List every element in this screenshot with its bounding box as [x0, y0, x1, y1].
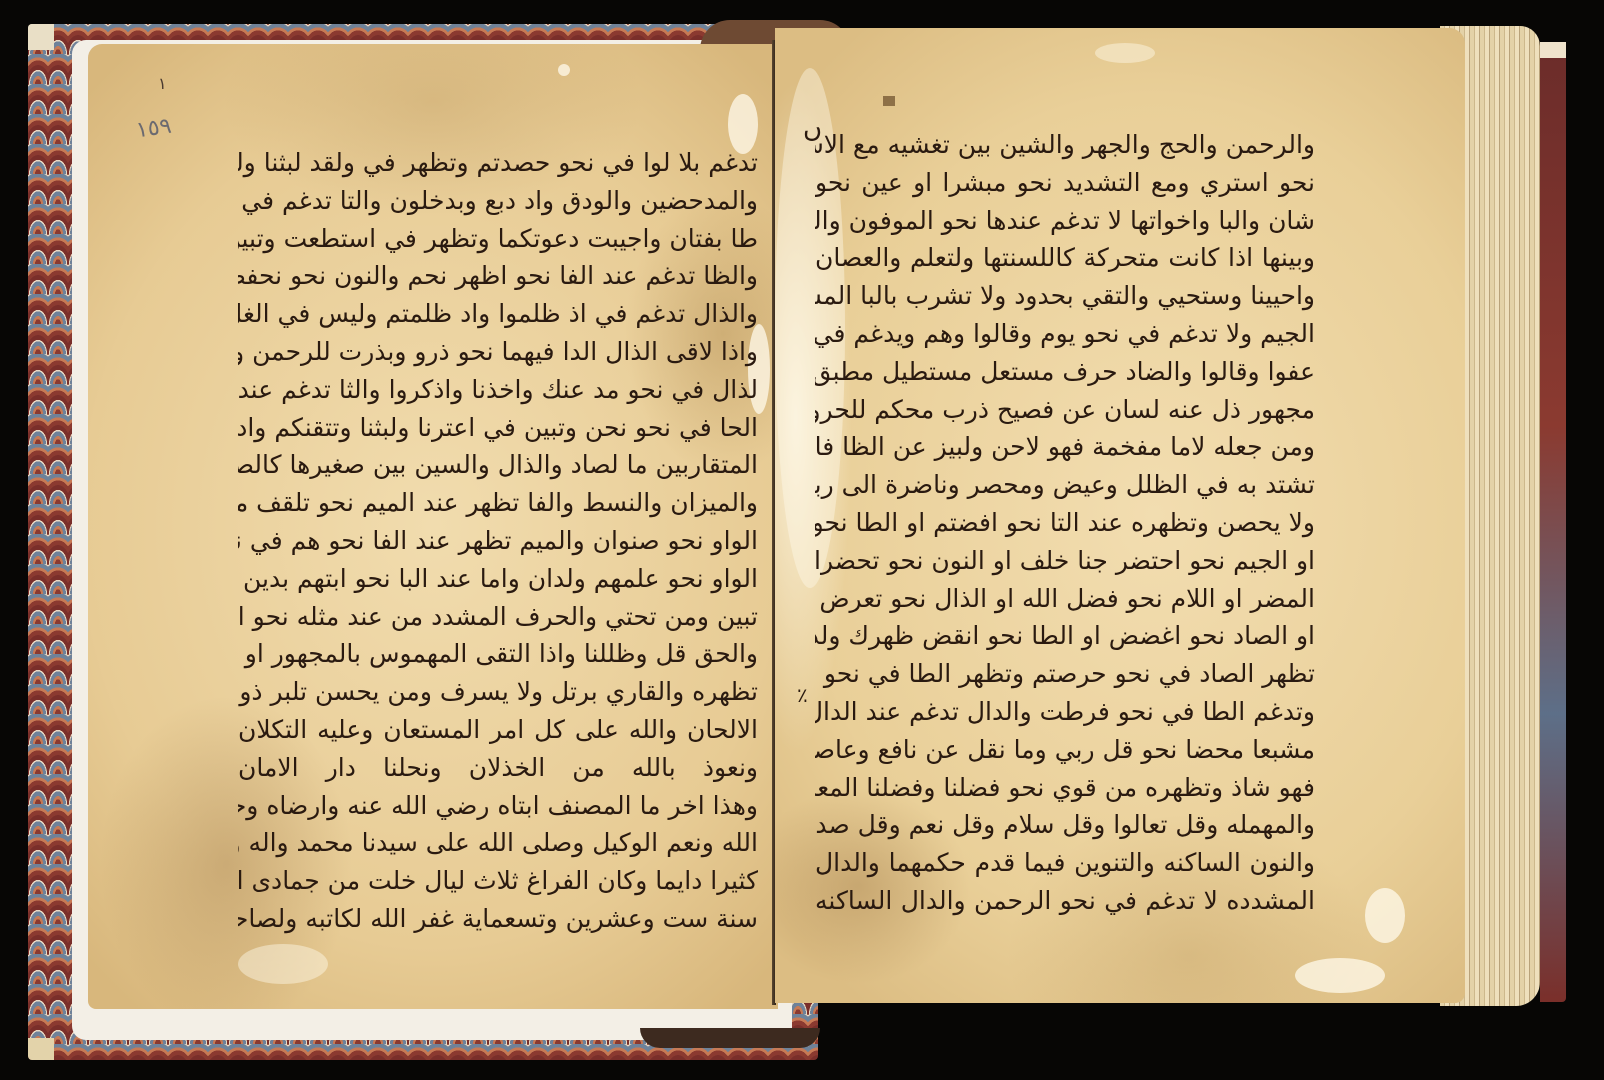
text-line: والحق قل وظللنا واذا التقى المهموس بالمج…	[238, 635, 758, 673]
text-line: الالحان والله على كل امر المستعان وعليه …	[238, 711, 758, 749]
cover-corner-bottom-left	[28, 1038, 54, 1060]
text-line: الجيم ولا تدغم في نحو يوم وقالوا وهم ويد…	[815, 315, 1315, 353]
text-line: كثيرا دايما وكان الفراغ ثلاث ليال خلت من…	[238, 862, 758, 900]
text-line: والظا تدغم عند الفا نحو اظهر نحم والنون …	[238, 257, 758, 295]
text-line: والمهمله وقل تعالوا وقل سلام وقل نعم وقل…	[815, 806, 1315, 844]
text-line: ولا يحصن وتظهره عند التا نحو افضتم او ال…	[815, 504, 1315, 542]
text-line: عفوا وقالوا والضاد حرف مستعل مستطيل مطبق	[815, 353, 1315, 391]
water-stain	[238, 944, 328, 984]
text-line: والمدحضين والودق واد دبع وبدخلون والتا ت…	[238, 182, 758, 220]
text-line: او الجيم نحو احتضر جنا خلف او النون نحو …	[815, 542, 1315, 580]
text-line: والميزان والنسط والفا تظهر عند الميم نحو…	[238, 484, 758, 522]
ink-mark	[883, 96, 895, 106]
text-line: تشتد به في الظلل وعيض ومحصر وناضرة الى ر…	[815, 466, 1315, 504]
text-line: الحا في نحو نحن وتبين في اعترنا ولبثنا و…	[238, 409, 758, 447]
left-page-text: تدغم بلا لوا في نحو حصدتم وتظهر في ولقد …	[238, 144, 758, 938]
text-line: تظهر الصاد في نحو حرصتم وتظهر الطا في نح…	[815, 655, 1315, 693]
text-line: واذا لاقى الذال الدا فيهما نحو ذرو وبذرت…	[238, 333, 758, 371]
margin-note: ٪	[797, 683, 808, 707]
water-stain	[1095, 43, 1155, 63]
text-line: والرحمن والحج والجهر والشين بين تغشيه مع…	[815, 126, 1315, 164]
cover-corner-top-left	[28, 24, 54, 50]
text-line: نحو استري ومع التشديد نحو مبشرا او عين ن…	[815, 164, 1315, 202]
text-line: تدغم بلا لوا في نحو حصدتم وتظهر في ولقد …	[238, 144, 758, 182]
text-line: الله ونعم الوكيل وصلى الله على سيدنا محم…	[238, 824, 758, 862]
water-stain	[1295, 958, 1385, 993]
text-line: وتدغم الطا في نحو فرطت والدال تدغم عند ا…	[815, 693, 1315, 731]
text-line: ونعوذ بالله من الخذلان ونحلنا دار الامان	[238, 749, 758, 787]
text-line: مجهور ذل عنه لسان عن فصيح ذرب محكم للحرو…	[815, 391, 1315, 429]
text-line: والذال تدغم في اذ ظلموا واد ظلمتم وليس ف…	[238, 295, 758, 333]
text-line: سنة ست وعشرين وتسعماية غفر الله لكاتبه و…	[238, 900, 758, 938]
text-line: طا بفتان واجيبت دعوتكما وتظهر في استطعت …	[238, 220, 758, 258]
text-line: شان والبا واخواتها لا تدغم عندها نحو الم…	[815, 202, 1315, 240]
folio-number: ١٥٩	[134, 114, 173, 144]
text-line: الواو نحو صنوان والميم تظهر عند الفا نحو…	[238, 522, 758, 560]
text-line: لذال في نحو مد عنك واخذنا واذكروا والثا …	[238, 371, 758, 409]
text-line: المتقاربين ما لصاد والذال والسين بين صغي…	[238, 446, 758, 484]
text-line: الواو نحو علمهم ولدان واما عند البا نحو …	[238, 560, 758, 598]
left-page: ١ ١٥٩ تدغم بلا لوا في نحو حصدتم وتظهر في…	[88, 44, 778, 1009]
text-line: فهو شاذ وتظهره من قوي نحو فضلنا وفضلنا ا…	[815, 769, 1315, 807]
text-line: وهذا اخر ما المصنف ابتاه رضي الله عنه وا…	[238, 787, 758, 825]
right-page: ں ٪ والرحمن والحج والجهر والشين بين تغشي…	[775, 28, 1465, 1003]
marbled-cover-right-edge	[1540, 42, 1566, 1002]
folio-mark: ١	[158, 74, 167, 93]
text-line: تظهره والقاري برتل ولا يسرف ومن يحسن تلب…	[238, 673, 758, 711]
text-line: مشبعا محضا نحو قل ربي وما نقل عن نافع وع…	[815, 731, 1315, 769]
text-line: تبين ومن تحتي والحرف المشدد من عند مثله …	[238, 598, 758, 636]
manuscript-photo: ١ ١٥٩ تدغم بلا لوا في نحو حصدتم وتظهر في…	[0, 0, 1604, 1080]
text-line: او الصاد نحو اغضض او الطا نحو انقض ظهرك …	[815, 617, 1315, 655]
text-line: والنون الساكنه والتنوين فيما قدم حكمهما …	[815, 844, 1315, 882]
spine-bottom	[640, 1028, 820, 1048]
text-line: وبينها اذا كانت متحركة كاللسنتها ولتعلم …	[815, 239, 1315, 277]
water-stain	[1365, 888, 1405, 943]
water-stain	[558, 64, 570, 76]
right-page-text: والرحمن والحج والجهر والشين بين تغشيه مع…	[815, 126, 1315, 920]
text-line: ومن جعله لاما مفخمة فهو لاحن ولبيز عن ال…	[815, 428, 1315, 466]
cover-corner-top-right	[1540, 42, 1566, 58]
text-line: المضر او اللام نحو فضل الله او الذال نحو…	[815, 580, 1315, 618]
text-line: المشدده لا تدغم في نحو الرحمن والدال الس…	[815, 882, 1315, 920]
text-line: واحيينا وستحيي والتقي بحدود ولا تشرب بال…	[815, 277, 1315, 315]
